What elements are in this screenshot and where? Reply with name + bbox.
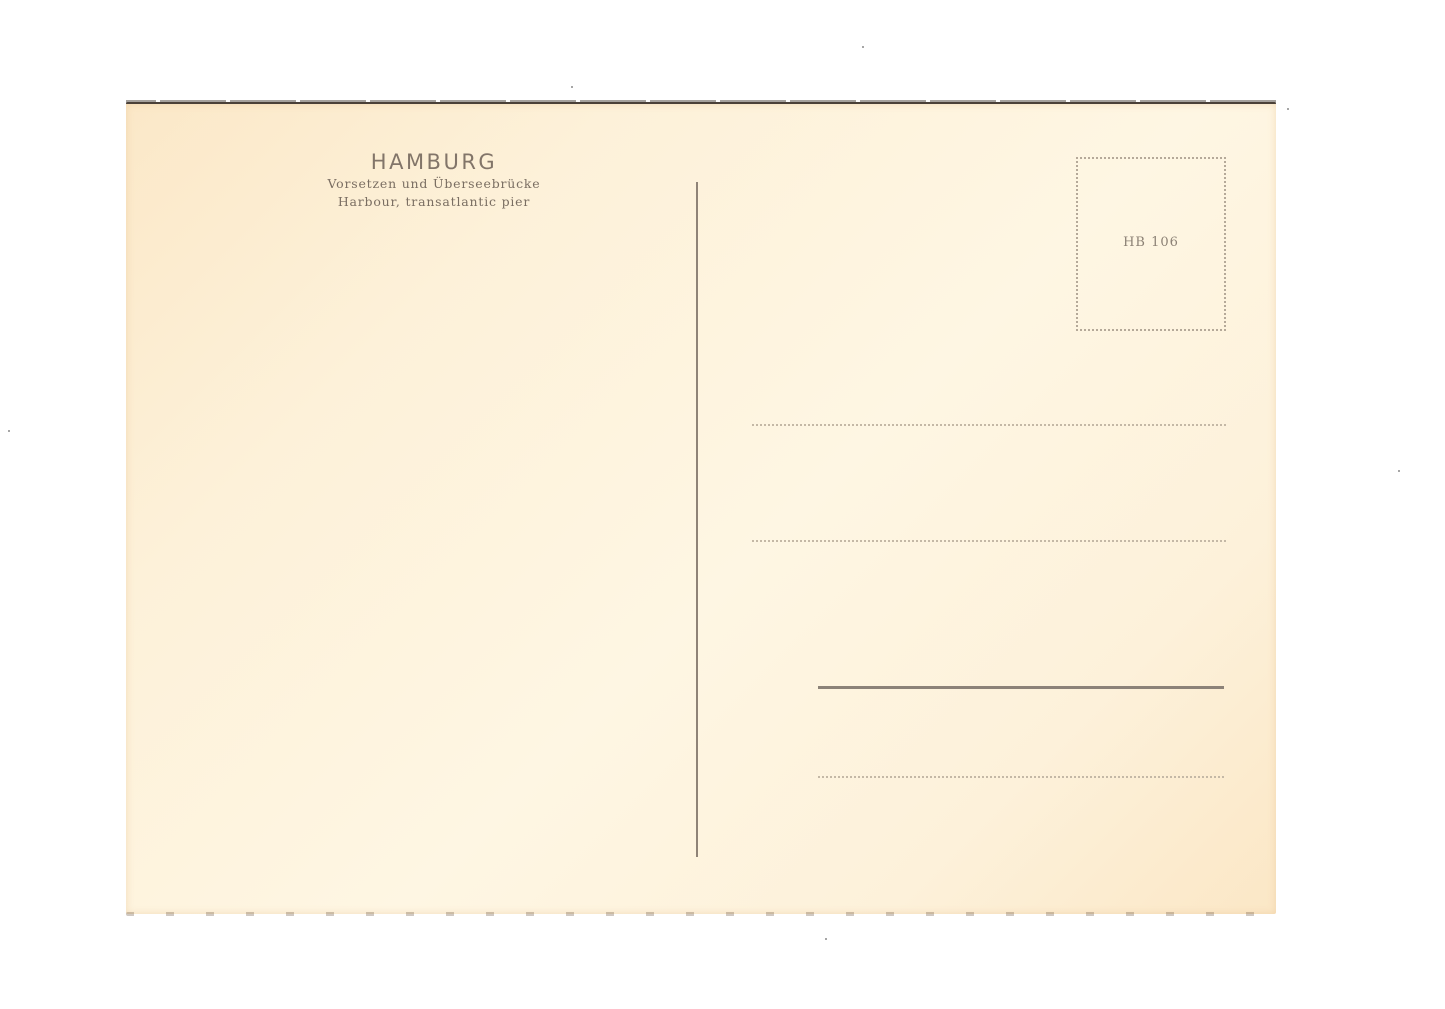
card-code: HB 106 bbox=[1123, 235, 1179, 250]
address-line-1 bbox=[752, 424, 1226, 426]
caption-subtitle-english: Harbour, transatlantic pier bbox=[306, 193, 562, 211]
postcard-back: HAMBURG Vorsetzen und Überseebrücke Harb… bbox=[126, 102, 1276, 914]
center-divider-line bbox=[696, 182, 698, 857]
dust-speck bbox=[1287, 108, 1289, 110]
stamp-placeholder-box: HB 106 bbox=[1076, 157, 1226, 331]
postcard-caption: HAMBURG Vorsetzen und Überseebrücke Harb… bbox=[306, 149, 562, 211]
dust-speck bbox=[1398, 470, 1400, 472]
caption-subtitle-german: Vorsetzen und Überseebrücke bbox=[306, 175, 562, 193]
dust-speck bbox=[825, 938, 827, 940]
address-line-4 bbox=[818, 776, 1224, 778]
address-line-2 bbox=[752, 540, 1226, 542]
address-line-3 bbox=[818, 686, 1224, 689]
dust-speck bbox=[571, 86, 573, 88]
dust-speck bbox=[862, 46, 864, 48]
caption-title: HAMBURG bbox=[306, 149, 562, 175]
dust-speck bbox=[8, 430, 10, 432]
